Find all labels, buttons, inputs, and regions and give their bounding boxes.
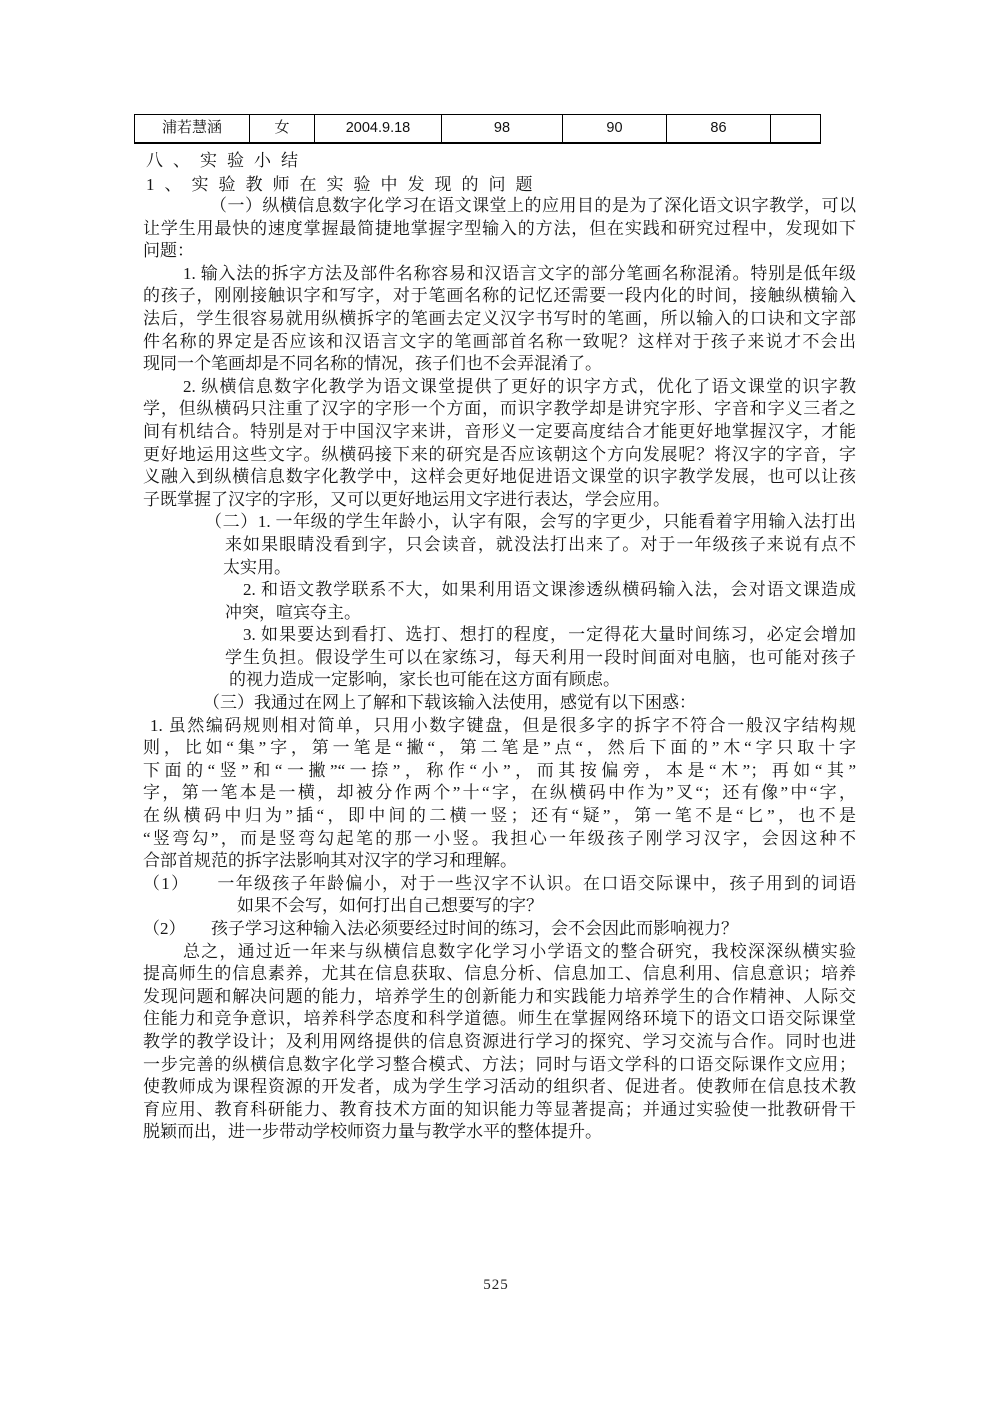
text-line: （二）1. 一年级的学生年龄小，认字有限，会写的字更少，只能看着字用输入法打出 (143, 511, 856, 534)
text-line: 学，但纵横码只注重了汉字的字形一个方面，而识字教学却是讲究字形、字音和字义三者之 (143, 398, 856, 421)
text-line: 合部首规范的拆字法影响其对汉字的学习和理解。 (143, 850, 856, 873)
cell-student-name: 浦若慧涵 (135, 115, 250, 144)
section-heading: 八、实验小结 (146, 146, 308, 171)
text-line: 住能力和竞争意识，培养科学态度和科学道德。师生在掌握网络环境下的语文口语交际课堂 (143, 1008, 856, 1031)
text-line: 子既掌握了汉字的字形，又可以更好地运用文字进行表达，学会应用。 (143, 489, 856, 512)
text-line: 1. 虽然编码规则相对简单，只用小数字键盘，但是很多字的拆字不符合一般汉字结构规 (143, 715, 856, 738)
text-line: 法后，学生很容易就用纵横拆字的笔画去定义汉字书写时的笔画，所以输入的口诀和文字部 (143, 308, 856, 331)
text-line: 总之，通过近一年来与纵横信息数字化学习小学语文的整合研究，我校深深纵横实验 (143, 941, 856, 964)
text-line: 脱颖而出，进一步带动学校师资力量与教学水平的整体提升。 (143, 1121, 856, 1144)
text-line: 发现问题和解决问题的能力，培养学生的创新能力和实践能力培养学生的合作精神、人际交 (143, 986, 856, 1009)
text-line: 字，第一笔本是一横，却被分作两个”十“字，在纵横码中作为”叉“；还有像”中“字， (143, 782, 856, 805)
document-page: { "table": { "cells": ["浦若慧涵", "女", "200… (0, 0, 992, 1403)
body-lines: （一）纵横信息数字化学习在语文课堂上的应用目的是为了深化语文识字教学，可以让学生… (143, 195, 856, 1144)
text-line: 让学生用最快的速度掌握最简捷地掌握字型输入的方法，但在实践和研究过程中，发现如下 (143, 218, 856, 241)
text-line: 使教师成为课程资源的开发者，成为学生学习活动的组织者、促进者。使教师在信息技术教 (143, 1076, 856, 1099)
cell-score-1: 98 (442, 115, 563, 144)
text-line: 件名称的界定是否应该和汉语言文字的笔画部首名称一致呢？这样对于孩子来说才不会出 (143, 331, 856, 354)
text-line: 学生负担。假设学生可以在家练习，每天利用一段时间面对电脑，也可能对孩子 (143, 647, 856, 670)
text-line: 如果不会写，如何打出自己想要写的字？ (143, 895, 856, 918)
page-number: 525 (0, 1277, 992, 1294)
text-line: 一步完善的纵横信息数字化学习整合模式、方法；同时与语文学科的口语交际课作文应用； (143, 1054, 856, 1077)
text-line: 在纵横码中归为”插“，即中间的二横一竖；还有“疑”，第一笔不是“匕”，也不是 (143, 805, 856, 828)
text-line: 义融入到纵横信息数字化教学中，这样会更好地促进语文课堂的识字教学发展，也可以让孩 (143, 466, 856, 489)
subsection-heading: 1、实验教师在实验中发现的问题 (146, 170, 543, 195)
text-line: 1. 输入法的拆字方法及部件名称容易和汉语言文字的部分笔画名称混淆。特别是低年级 (143, 263, 856, 286)
text-line: 下面的“竖”和“一撇”“一捺”，称作“小”，而其按偏旁，本是“木”；再如“其” (143, 760, 856, 783)
text-line: 间有机结合。特别是对于中国汉字来讲，音形义一定要高度结合才能更好地掌握汉字，才能 (143, 421, 856, 444)
text-line: 太实用。 (143, 557, 856, 580)
text-line: （一）纵横信息数字化学习在语文课堂上的应用目的是为了深化语文识字教学，可以 (143, 195, 856, 218)
text-line: 2. 纵横信息数字化教学为语文课堂提供了更好的识字方式，优化了语文课堂的识字教 (143, 376, 856, 399)
text-line: 育应用、教育科研能力、教育技术方面的知识能力等显著提高；并通过实验使一批教研骨干 (143, 1099, 856, 1122)
cell-birthdate: 2004.9.18 (315, 115, 442, 144)
text-line: 的孩子，刚刚接触识字和写字，对于笔画名称的记忆还需要一段内化的时间，接触纵横输入 (143, 285, 856, 308)
text-line: 现同一个笔画却是不同名称的情况，孩子们也不会弄混淆了。 (143, 353, 856, 376)
text-line: “竖弯勾”，而是竖弯勾起笔的那一小竖。我担心一年级孩子刚学习汉字，会因这种不 (143, 828, 856, 851)
cell-score-3: 86 (667, 115, 771, 144)
cell-score-2: 90 (563, 115, 667, 144)
text-line: 来如果眼睛没看到字，只会读音，就没法打出来了。对于一年级孩子来说有点不 (143, 534, 856, 557)
text-line: 更好地运用这些文字。纵横码接下来的研究是否应该朝这个方向发展呢？将汉字的字音，字 (143, 444, 856, 467)
text-line: 则，比如“集”字，第一笔是“撇“，第二笔是”点“，然后下面的”木“字只取十字 (143, 737, 856, 760)
text-line: （2） 孩子学习这种输入法必须要经过时间的练习，会不会因此而影响视力？ (143, 918, 856, 941)
cell-gender: 女 (250, 115, 315, 144)
student-score-table-row: 浦若慧涵 女 2004.9.18 98 90 86 (134, 114, 821, 144)
text-line: 的视力造成一定影响，家长也可能在这方面有顾虑。 (143, 669, 856, 692)
text-line: （1） 一年级孩子年龄偏小，对于一些汉字不认识。在口语交际课中，孩子用到的词语 (143, 873, 856, 896)
text-line: 2. 和语文教学联系不大，如果利用语文课渗透纵横码输入法，会对语文课造成 (143, 579, 856, 602)
text-line: 3. 如果要达到看打、选打、想打的程度，一定得花大量时间练习，必定会增加 (143, 624, 856, 647)
text-line: 教学的教学设计；及利用网络提供的信息资源进行学习的探究、学习交流与合作。同时也进 (143, 1031, 856, 1054)
text-line: 冲突，喧宾夺主。 (143, 602, 856, 625)
table-row: 浦若慧涵 女 2004.9.18 98 90 86 (135, 115, 821, 144)
text-line: 提高师生的信息素养，尤其在信息获取、信息分析、信息加工、信息利用、信息意识；培养 (143, 963, 856, 986)
text-line: （三）我通过在网上了解和下载该输入法使用，感觉有以下困惑： (143, 692, 856, 715)
cell-empty (771, 115, 821, 144)
text-line: 问题： (143, 240, 856, 263)
